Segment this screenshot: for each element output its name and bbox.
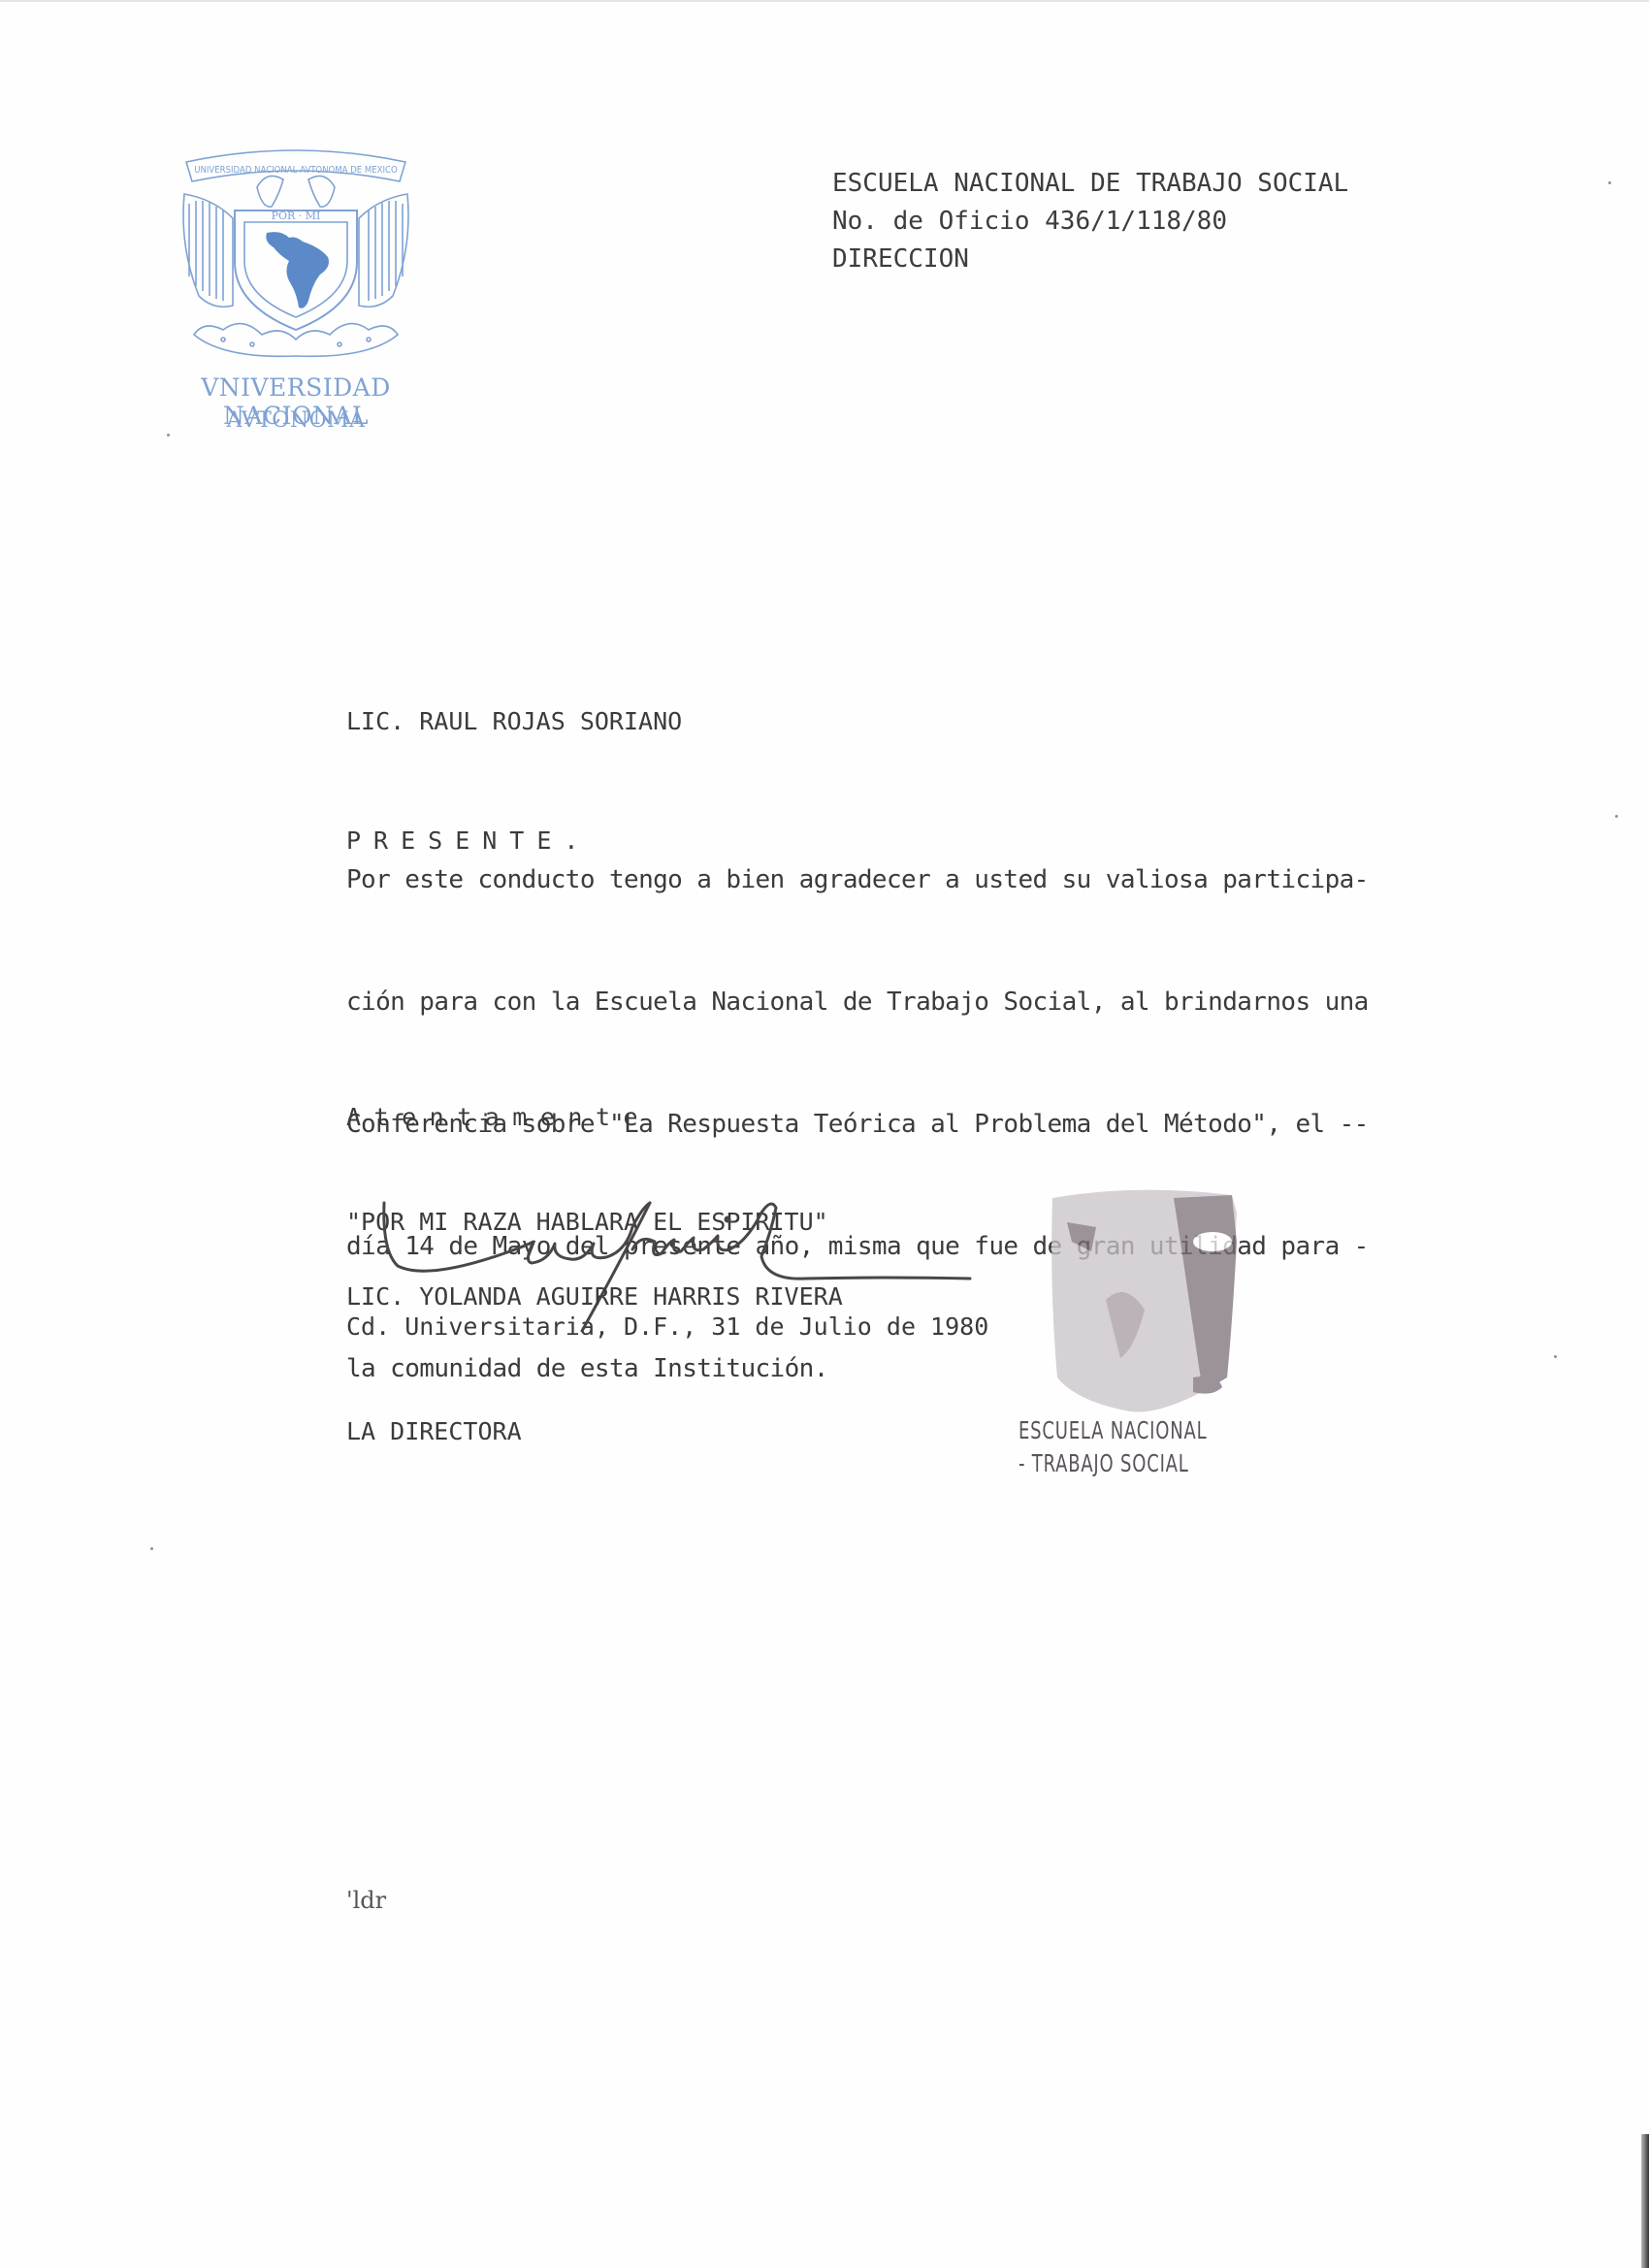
university-name-line2: AVTONOMA: [175, 408, 417, 433]
scan-speck: [167, 434, 170, 437]
unam-seal-icon: UNIVERSIDAD NACIONAL AVTONOMA DE MEXICO …: [175, 141, 417, 369]
svg-text:POR · MI: POR · MI: [272, 210, 321, 222]
oficio-number: No. de Oficio 436/1/118/80: [832, 203, 1348, 241]
addressee-name: LIC. RAUL ROJAS SORIANO: [346, 701, 682, 741]
letter-header: ESCUELA NACIONAL DE TRABAJO SOCIAL No. d…: [832, 165, 1348, 278]
handwritten-signature: [378, 1193, 1038, 1339]
body-line: Por este conducto tengo a bien agradecer…: [346, 859, 1491, 900]
signer-title: LA DIRECTORA: [346, 1414, 988, 1449]
body-line: ción para con la Escuela Nacional de Tra…: [346, 982, 1491, 1022]
salutation: Atentamente: [346, 1100, 988, 1135]
official-stamp-seal: [1038, 1183, 1290, 1494]
scan-edge-shadow: [1641, 2134, 1649, 2268]
signer-name: LIC. YOLANDA AGUIRRE HARRIS RIVERA: [346, 1282, 843, 1311]
scan-speck: [1554, 1355, 1557, 1358]
scan-speck: [150, 1547, 153, 1550]
scan-speck: [1608, 181, 1611, 184]
unam-seal-logo: UNIVERSIDAD NACIONAL AVTONOMA DE MEXICO …: [175, 141, 417, 441]
scan-speck: [1615, 815, 1618, 818]
department-name: DIRECCION: [832, 241, 1348, 278]
institution-name: ESCUELA NACIONAL DE TRABAJO SOCIAL: [832, 165, 1348, 203]
svg-text:UNIVERSIDAD NACIONAL AVTONOMA: UNIVERSIDAD NACIONAL AVTONOMA DE MEXICO: [194, 165, 398, 176]
page-edge: [0, 0, 1649, 2]
typist-initials: 'ldr: [346, 1887, 386, 1914]
stamp-line1: ESCUELA NACIONAL: [1018, 1416, 1220, 1444]
stamp-line2: - TRABAJO SOCIAL: [1018, 1449, 1220, 1477]
